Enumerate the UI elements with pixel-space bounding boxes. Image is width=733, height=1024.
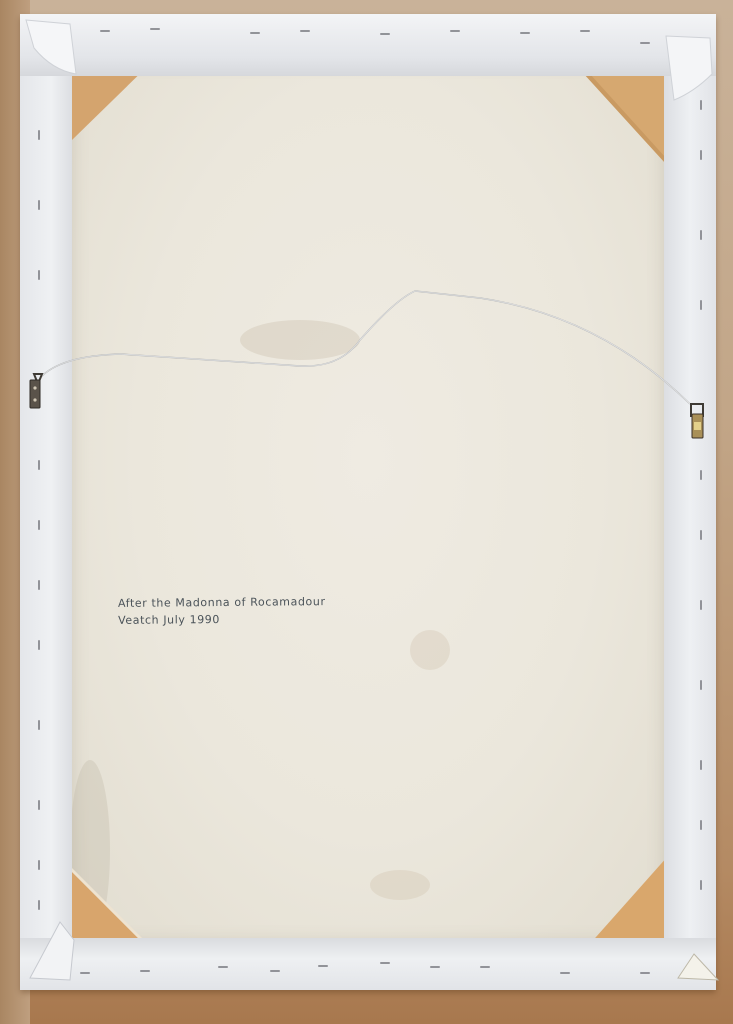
left-d-ring-hanger-icon [26, 370, 48, 410]
right-d-ring-hanger-icon [688, 402, 708, 440]
stain [370, 870, 430, 900]
top-right-wedge [584, 74, 666, 164]
handwritten-inscription: After the Madonna of Rocamadour Veatch J… [118, 593, 326, 629]
inscription-signature-date: Veatch July 1990 [118, 610, 326, 629]
bottom-right-fold [672, 950, 720, 986]
bottom-left-fold [24, 920, 76, 984]
bottom-right-wedge [588, 856, 668, 946]
stain [410, 630, 450, 670]
stretcher-top [20, 14, 716, 76]
stretcher-right [664, 14, 716, 990]
top-right-fold [664, 34, 716, 106]
stain [240, 320, 360, 360]
canvas-back [70, 60, 666, 944]
inscription-title: After the Madonna of Rocamadour [118, 593, 326, 612]
stretcher-left [20, 14, 72, 990]
top-left-fold [22, 14, 82, 78]
stretcher-bottom [20, 938, 716, 990]
